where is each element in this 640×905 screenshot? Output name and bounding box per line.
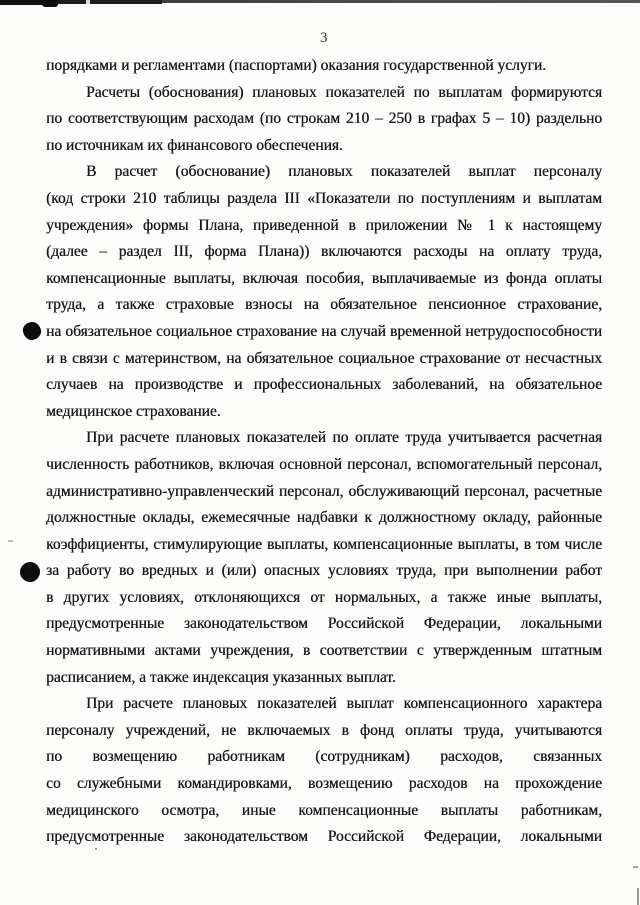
- text-line: по источникам их финансового обеспечения…: [46, 133, 602, 160]
- text-line: порядками и регламентами (паспортами) ок…: [46, 53, 602, 80]
- text-line: учреждения» формы Плана, приведенной в п…: [46, 213, 602, 240]
- scan-speck: [633, 866, 638, 868]
- scan-artifact-segment: [86, 0, 90, 4]
- paragraph: Расчеты (обоснования) плановых показател…: [46, 80, 602, 160]
- scan-speck: [637, 888, 639, 905]
- text-line: на обязательное социальное страхование н…: [46, 319, 602, 346]
- text-line: (далее – раздел III, форма Плана)) включ…: [46, 239, 602, 266]
- text-line: расписанием, а также индексация указанны…: [46, 665, 602, 692]
- paragraph: В расчет (обоснование) плановых показате…: [46, 159, 602, 425]
- text-line: должностные оклады, ежемесячные надбавки…: [46, 505, 602, 532]
- text-line: в других условиях, отклоняющихся от норм…: [46, 585, 602, 612]
- text-line: административно-управленческий персонал,…: [46, 479, 602, 506]
- text-line: коэффициенты, стимулирующие выплаты, ком…: [46, 532, 602, 559]
- scan-artifact-segment: [42, 0, 58, 7]
- text-line: со служебными командировками, возмещению…: [46, 771, 602, 798]
- scan-artifact-segment: [0, 0, 58, 5]
- text-line: труда, а также страховые взносы на обяза…: [46, 292, 602, 319]
- text-line: и в связи с материнством, на обязательно…: [46, 346, 602, 373]
- text-line: нормативными актами учреждения, в соотве…: [46, 638, 602, 665]
- text-line: предусмотренные законодательством Россий…: [46, 824, 602, 851]
- text-line: по возмещению работникам (сотрудникам) р…: [46, 744, 602, 771]
- text-line: медицинское страхование.: [46, 399, 602, 426]
- text-line: по соответствующим расходам (по строкам …: [46, 106, 602, 133]
- hole-punch-top: [22, 321, 43, 342]
- text-line: медицинского осмотра, иные компенсационн…: [46, 798, 602, 825]
- text-line: персоналу учреждений, не включаемых в фо…: [46, 718, 602, 745]
- page-number: 3: [0, 30, 640, 47]
- paragraph: порядками и регламентами (паспортами) ок…: [46, 53, 602, 80]
- scan-speck: [8, 540, 13, 542]
- text-line: численность работников, включая основной…: [46, 452, 602, 479]
- text-line: При расчете плановых показателей по опла…: [46, 425, 602, 452]
- text-line: случаев на производстве и профессиональн…: [46, 372, 602, 399]
- text-line: предусмотренные законодательством Россий…: [46, 611, 602, 638]
- text-line: (код строки 210 таблицы раздела III «Пок…: [46, 186, 602, 213]
- document-page: 3 порядками и регламентами (паспортами) …: [0, 0, 640, 905]
- text-line: При расчете плановых показателей выплат …: [46, 691, 602, 718]
- scan-artifact-segment: [58, 0, 162, 4]
- scan-artifact-segment: [162, 0, 640, 3]
- hole-punch-bottom: [19, 561, 41, 583]
- text-block: порядками и регламентами (паспортами) ок…: [46, 53, 602, 851]
- paragraph: При расчете плановых показателей по опла…: [46, 425, 602, 691]
- text-line: Расчеты (обоснования) плановых показател…: [46, 80, 602, 107]
- text-line: за работу во вредных и (или) опасных усл…: [46, 558, 602, 585]
- paragraph: При расчете плановых показателей выплат …: [46, 691, 602, 851]
- scan-artifact-top-edge: [0, 0, 640, 8]
- text-line: компенсационные выплаты, включая пособия…: [46, 266, 602, 293]
- text-line: В расчет (обоснование) плановых показате…: [46, 159, 602, 186]
